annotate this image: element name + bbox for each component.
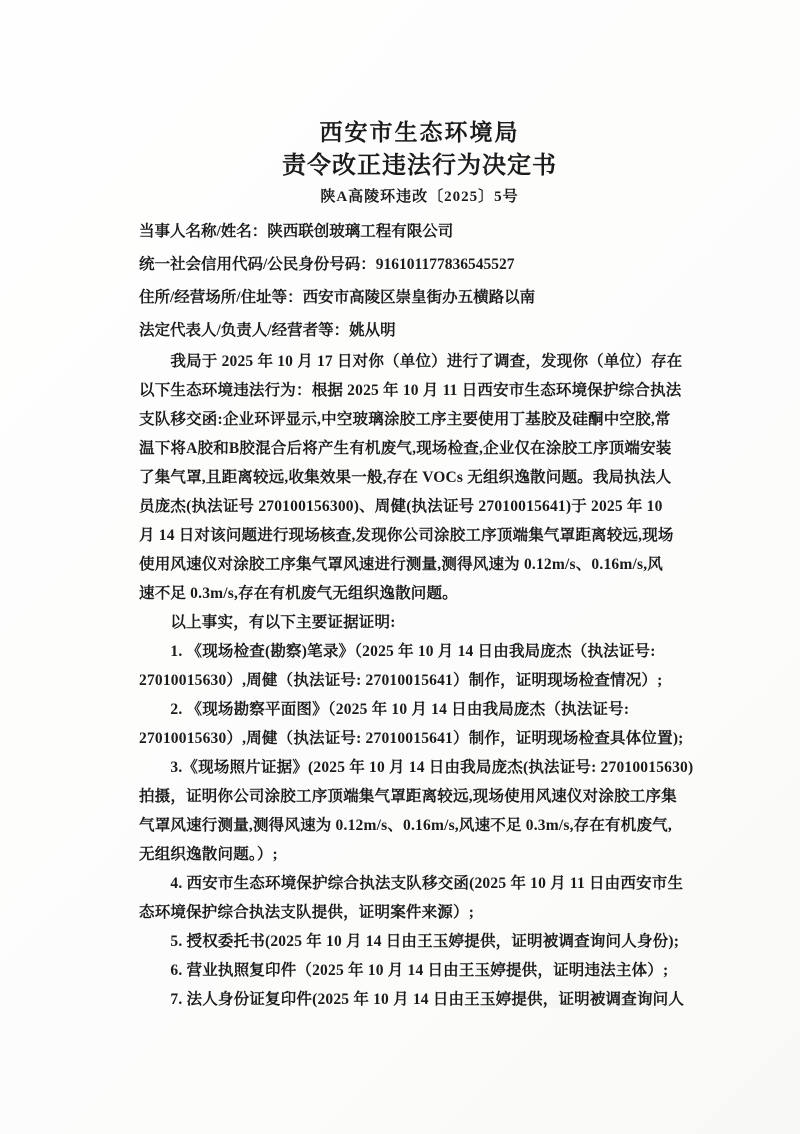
evidence-item-1: 1. 《现场检查(勘察)笔录》（2025 年 10 月 14 日由我局庞杰（执法… <box>139 637 700 695</box>
text-line: 6. 营业执照复印件（2025 年 10 月 14 日由王玉婷提供，证明违法主体… <box>139 956 700 985</box>
document-body: 我局于 2025 年 10 月 17 日对你（单位）进行了调查，发现你（单位）存… <box>139 347 700 1014</box>
evidence-item-2: 2. 《现场勘察平面图》（2025 年 10 月 14 日由我局庞杰（执法证号:… <box>139 695 700 753</box>
text-line: 了集气罩,且距离较远,收集效果一般,存在 VOCs 无组织逸散问题。我局执法人 <box>139 463 700 492</box>
text-line: 温下将A胶和B胶混合后将产生有机废气,现场检查,企业仅在涂胶工序顶端安装 <box>139 434 700 463</box>
text-line: 以上事实，有以下主要证据证明: <box>139 608 700 637</box>
text-line: 拍摄，证明你公司涂胶工序顶端集气罩距离较远,现场使用风速仪对涂胶工序集 <box>139 782 700 811</box>
facts-paragraph: 我局于 2025 年 10 月 17 日对你（单位）进行了调查，发现你（单位）存… <box>139 347 700 608</box>
document-page: 西安市生态环境局 责令改正违法行为决定书 陕A高陵环违改〔2025〕5号 当事人… <box>0 0 800 1134</box>
text-line: 态环境保护综合执法支队提供，证明案件来源）; <box>139 898 700 927</box>
text-line: 无组织逸散问题。）; <box>139 840 700 869</box>
document-title: 责令改正违法行为决定书 <box>139 150 700 182</box>
text-line: 使用风速仪对涂胶工序集气罩风速进行测量,测得风速为 0.12m/s、0.16m/… <box>139 550 700 579</box>
text-line: 27010015630）,周健（执法证号: 27010015641）制作，证明现… <box>139 666 700 695</box>
evidence-item-4: 4. 西安市生态环境保护综合执法支队移交函(2025 年 10 月 11 日由西… <box>139 869 700 927</box>
party-info-line: 法定代表人/负责人/经营者等：姚从明 <box>139 314 700 347</box>
document-number: 陕A高陵环违改〔2025〕5号 <box>139 187 700 207</box>
text-line: 1. 《现场检查(勘察)笔录》（2025 年 10 月 14 日由我局庞杰（执法… <box>139 637 700 666</box>
text-line: 5. 授权委托书(2025 年 10 月 14 日由王玉婷提供，证明被调查询问人… <box>139 927 700 956</box>
document-header: 西安市生态环境局 责令改正违法行为决定书 陕A高陵环违改〔2025〕5号 <box>139 118 700 207</box>
text-line: 支队移交函:企业环评显示,中空玻璃涂胶工序主要使用丁基胶及硅酮中空胶,常 <box>139 405 700 434</box>
text-line: 我局于 2025 年 10 月 17 日对你（单位）进行了调查，发现你（单位）存… <box>139 347 700 376</box>
text-line: 2. 《现场勘察平面图》（2025 年 10 月 14 日由我局庞杰（执法证号: <box>139 695 700 724</box>
text-line: 员庞杰(执法证号 270100156300)、周健(执法证号 270100156… <box>139 492 700 521</box>
text-line: 27010015630）,周健（执法证号: 27010015641）制作，证明现… <box>139 724 700 753</box>
party-info: 当事人名称/姓名：陕西联创玻璃工程有限公司统一社会信用代码/公民身份号码：916… <box>139 215 700 347</box>
scan-artifact <box>480 1000 670 1008</box>
evidence-item-3: 3.《现场照片证据》(2025 年 10 月 14 日由我局庞杰(执法证号: 2… <box>139 753 700 869</box>
text-line: 3.《现场照片证据》(2025 年 10 月 14 日由我局庞杰(执法证号: 2… <box>139 753 700 782</box>
text-line: 气罩风速行测量,测得风速为 0.12m/s、0.16m/s,风速不足 0.3m/… <box>139 811 700 840</box>
evidence-item-6: 6. 营业执照复印件（2025 年 10 月 14 日由王玉婷提供，证明违法主体… <box>139 956 700 985</box>
agency-title: 西安市生态环境局 <box>139 118 700 148</box>
text-line: 4. 西安市生态环境保护综合执法支队移交函(2025 年 10 月 11 日由西… <box>139 869 700 898</box>
text-line: 月 14 日对该问题进行现场核查,发现你公司涂胶工序顶端集气罩距离较远,现场 <box>139 521 700 550</box>
party-info-line: 当事人名称/姓名：陕西联创玻璃工程有限公司 <box>139 215 700 248</box>
party-info-line: 统一社会信用代码/公民身份号码：916101177836545527 <box>139 248 700 281</box>
party-info-line: 住所/经营场所/住址等：西安市高陵区崇皇街办五横路以南 <box>139 281 700 314</box>
evidence-intro: 以上事实，有以下主要证据证明: <box>139 608 700 637</box>
text-line: 以下生态环境违法行为：根据 2025 年 10 月 11 日西安市生态环境保护综… <box>139 376 700 405</box>
evidence-item-5: 5. 授权委托书(2025 年 10 月 14 日由王玉婷提供，证明被调查询问人… <box>139 927 700 956</box>
text-line: 速不足 0.3m/s,存在有机废气无组织逸散问题。 <box>139 579 700 608</box>
